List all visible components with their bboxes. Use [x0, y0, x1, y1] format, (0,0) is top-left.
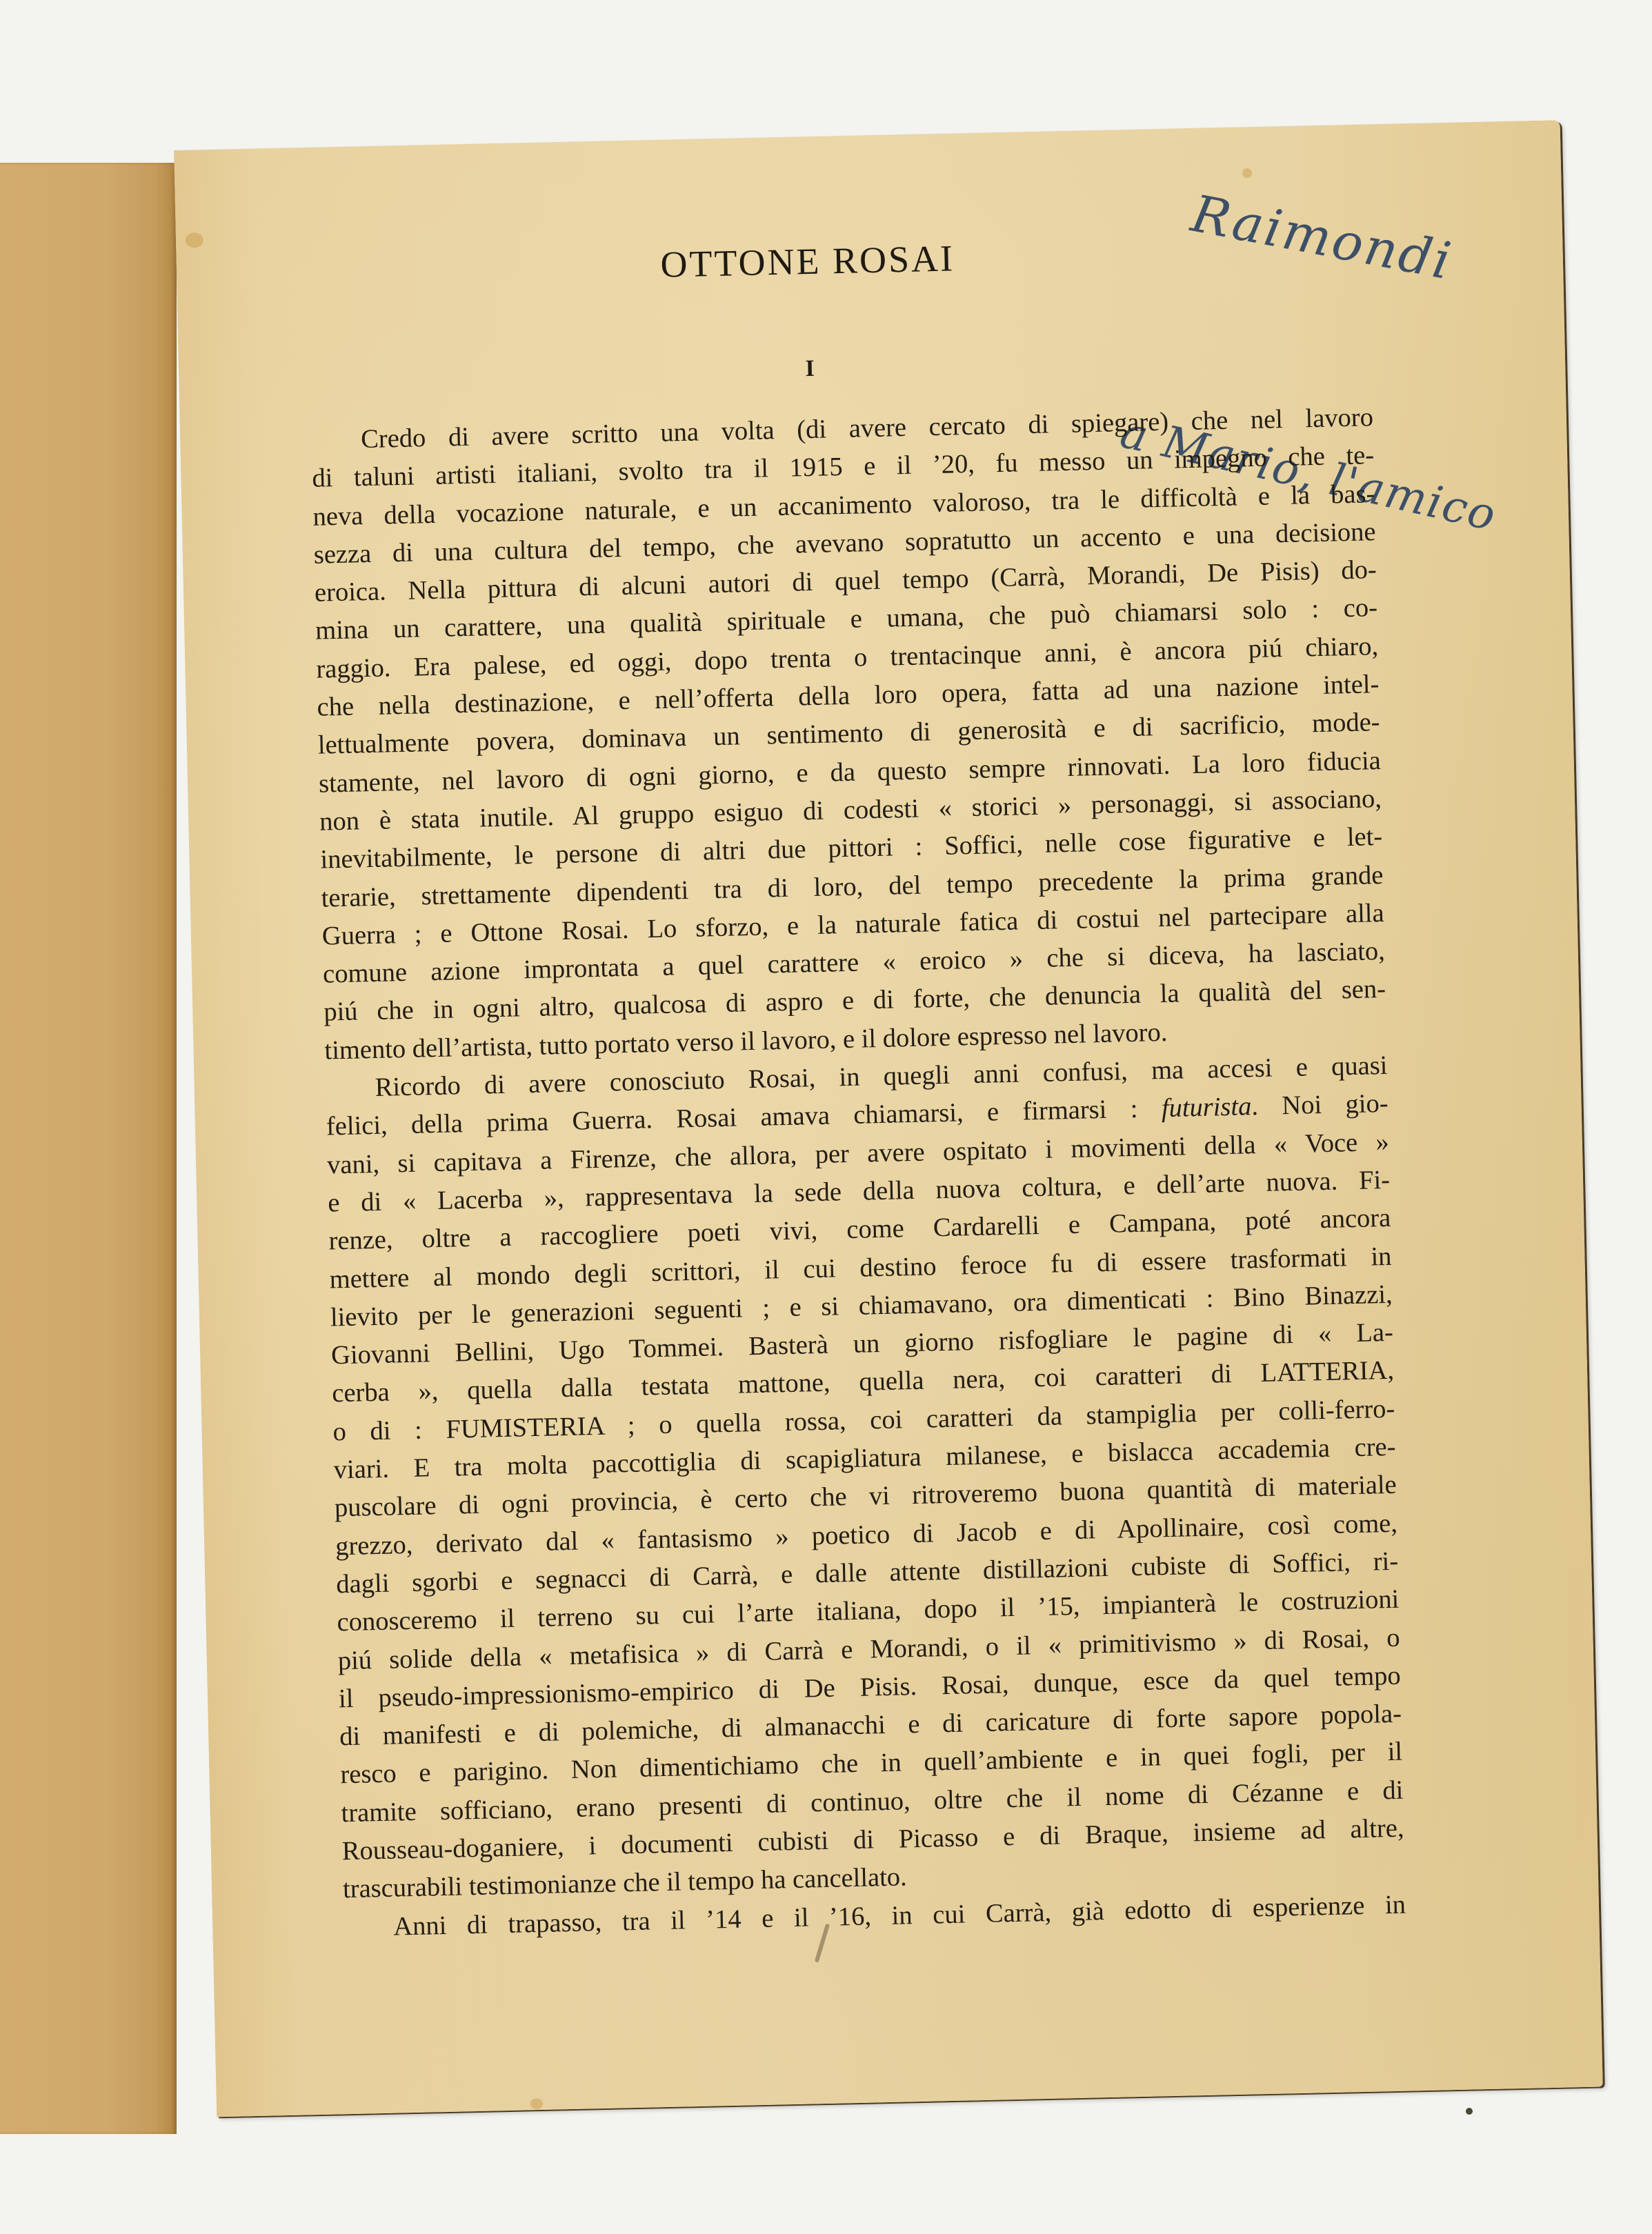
paper-stain	[530, 2098, 543, 2109]
book-page: a Mario, l'amico Raimondi OTTONE ROSAI I…	[174, 120, 1603, 2117]
text-run: . Noi gio-	[1251, 1089, 1389, 1121]
page-title: OTTONE ROSAI	[176, 226, 1439, 297]
body-text: Credo di avere scritto una volta (di ave…	[311, 399, 1406, 1947]
section-number: I	[179, 342, 1441, 396]
paper-stain	[186, 232, 203, 248]
dust-speck	[1466, 2108, 1473, 2115]
scanned-page-spread: a Mario, l'amico Raimondi OTTONE ROSAI I…	[0, 0, 1652, 2234]
italic-term: futurista	[1161, 1093, 1251, 1124]
paper-stain	[1242, 168, 1252, 178]
facing-cover-flap	[0, 163, 177, 2134]
